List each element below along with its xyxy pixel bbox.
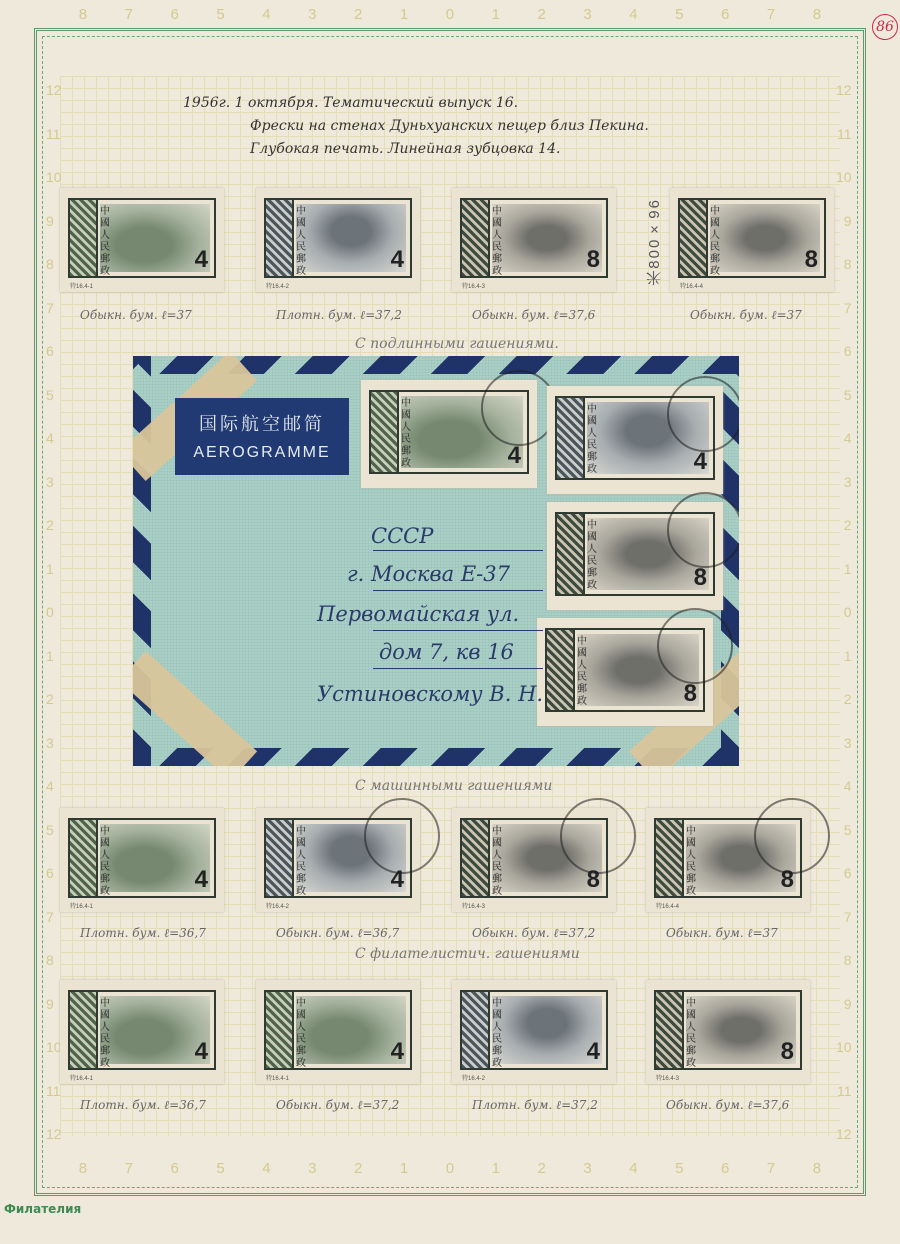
ornament-panel <box>462 820 490 896</box>
stamp-serial: 特16.4-2 <box>462 1073 485 1082</box>
stamp-country-label: 中國人民郵政 <box>100 206 112 278</box>
address-street: Первомайская ул. <box>317 602 519 626</box>
section-title-machine-cancels: С машинными гашениями <box>355 778 552 794</box>
scale-tick-label: 8 <box>813 1160 821 1177</box>
stamp: 中國人民郵政8 <box>547 502 723 610</box>
scale-tick-label: 7 <box>836 300 852 316</box>
address-recipient: Устиновскому В. Н. <box>317 682 543 706</box>
stamp: 中國人民郵政4 <box>361 380 537 488</box>
scale-tick-label: 1 <box>400 1160 408 1177</box>
stamp-country-label: 中國人民郵政 <box>710 206 722 278</box>
scale-tick-label: 8 <box>79 6 87 23</box>
scale-tick-label: 2 <box>46 691 62 707</box>
scale-tick-label: 4 <box>46 430 62 446</box>
fresco-image <box>492 204 602 272</box>
header-subject-line: Фрески на стенах Дуньхуанских пещер близ… <box>183 115 649 138</box>
scale-tick-label: 10 <box>836 1039 852 1055</box>
scale-bottom: 87654321012345678 <box>60 1160 840 1177</box>
sheet-margin-inscription: 米800×96 <box>644 198 664 286</box>
ornament-panel <box>656 820 684 896</box>
stamp-frame: 中國人民郵政4 <box>264 198 412 278</box>
stamp-note: Плотн. бум. ℓ=37,2 <box>276 308 402 323</box>
stamp-value: 8 <box>805 246 818 274</box>
fresco-image <box>296 204 406 272</box>
scale-tick-label: 1 <box>492 1160 500 1177</box>
scale-tick-label: 11 <box>836 126 852 142</box>
page-number: 86 <box>872 14 898 40</box>
scale-tick-label: 7 <box>767 1160 775 1177</box>
scale-tick-label: 8 <box>813 6 821 23</box>
postmark <box>364 798 440 874</box>
scale-tick-label: 4 <box>629 1160 637 1177</box>
page-header: 1956г. 1 октября. Тематический выпуск 16… <box>183 92 649 161</box>
ornament-panel <box>462 992 490 1068</box>
ornament-panel <box>70 992 98 1068</box>
scale-tick-label: 8 <box>46 952 62 968</box>
stamp-value: 4 <box>694 448 707 476</box>
scale-tick-label: 4 <box>262 1160 270 1177</box>
stamp-serial: 特16.4-1 <box>70 1073 93 1082</box>
stamp: 中國人民郵政4特16.4-2 <box>256 808 420 912</box>
scale-tick-label: 10 <box>46 169 62 185</box>
scale-tick-label: 4 <box>629 6 637 23</box>
postmark <box>667 492 739 568</box>
aerogramme-label: 国际航空邮简 AEROGRAMME <box>175 398 349 475</box>
stamp-serial: 特16.4-1 <box>70 901 93 910</box>
scale-tick-label: 8 <box>836 952 852 968</box>
scale-tick-label: 4 <box>836 430 852 446</box>
scale-tick-label: 4 <box>46 778 62 794</box>
scale-tick-label: 6 <box>721 6 729 23</box>
stamp-frame: 中國人民郵政8 <box>460 198 608 278</box>
ornament-panel <box>266 992 294 1068</box>
scale-tick-label: 5 <box>836 387 852 403</box>
stamp-country-label: 中國人民郵政 <box>100 826 112 898</box>
scale-tick-label: 0 <box>446 6 454 23</box>
scale-tick-label: 1 <box>46 561 62 577</box>
stamp-note: Обыкн. бум. ℓ=37,2 <box>472 926 595 941</box>
stamp-country-label: 中國人民郵政 <box>686 998 698 1070</box>
stamp-serial: 特16.4-3 <box>462 901 485 910</box>
stamp-value: 8 <box>684 680 697 708</box>
stamp: 中國人民郵政4特16.4-2 <box>256 188 420 292</box>
scale-tick-label: 3 <box>46 735 62 751</box>
ornament-panel <box>266 200 294 276</box>
stamp-value: 4 <box>508 442 521 470</box>
fresco-image <box>492 996 602 1064</box>
stamp: 中國人民郵政4特16.4-2 <box>452 980 616 1084</box>
stamp: 中國人民郵政8特16.4-3 <box>452 188 616 292</box>
stamp: 中國人民郵政8特16.4-4米800×96 <box>670 188 834 292</box>
ornament-panel <box>266 820 294 896</box>
scale-tick-label: 1 <box>400 6 408 23</box>
stamp-serial: 特16.4-2 <box>266 281 289 290</box>
stamp-note: Обыкн. бум. ℓ=37 <box>80 308 192 323</box>
ornament-panel <box>371 392 399 472</box>
section-title-philatelic-cancels: С филателистич. гашениями <box>355 946 580 962</box>
stamp-serial: 特16.4-3 <box>656 1073 679 1082</box>
stamp-value: 4 <box>587 1038 600 1066</box>
scale-tick-label: 2 <box>538 6 546 23</box>
stamp: 中國人民郵政8特16.4-4 <box>646 808 810 912</box>
ornament-panel <box>557 398 585 478</box>
scale-tick-label: 2 <box>836 517 852 533</box>
stamp: 中國人民郵政8特16.4-3 <box>452 808 616 912</box>
stamp-note: Плотн. бум. ℓ=37,2 <box>472 1098 598 1113</box>
scale-tick-label: 5 <box>216 6 224 23</box>
address-line <box>373 590 543 591</box>
stamp: 中國人民郵政8特16.4-3 <box>646 980 810 1084</box>
scale-tick-label: 3 <box>308 6 316 23</box>
ornament-panel <box>70 200 98 276</box>
stamp: 中國人民郵政4 <box>547 386 723 494</box>
scale-tick-label: 5 <box>675 1160 683 1177</box>
postmark <box>657 608 733 684</box>
scale-tick-label: 5 <box>216 1160 224 1177</box>
fresco-image <box>100 996 210 1064</box>
stamp-value: 4 <box>195 1038 208 1066</box>
stamp-serial: 特16.4-4 <box>656 901 679 910</box>
scale-tick-label: 6 <box>721 1160 729 1177</box>
scale-tick-label: 12 <box>46 1126 62 1142</box>
scale-tick-label: 1 <box>836 561 852 577</box>
stamp-country-label: 中國人民郵政 <box>577 636 589 708</box>
scale-tick-label: 0 <box>46 604 62 620</box>
stamp-value: 4 <box>195 246 208 274</box>
aerogramme-label-chinese: 国际航空邮简 <box>175 410 349 436</box>
scale-tick-label: 8 <box>836 256 852 272</box>
scale-tick-label: 7 <box>767 6 775 23</box>
stamp: 中國人民郵政4特16.4-1 <box>60 980 224 1084</box>
address-line <box>373 630 543 631</box>
scale-tick-label: 2 <box>538 1160 546 1177</box>
fresco-image <box>710 204 820 272</box>
fresco-image <box>100 824 210 892</box>
scale-tick-label: 5 <box>675 6 683 23</box>
section-title-genuine-cancels: С подлинными гашениями. <box>355 336 559 352</box>
stamp-country-label: 中國人民郵政 <box>296 826 308 898</box>
postmark <box>560 798 636 874</box>
address-city: г. Москва Е-37 <box>347 562 510 586</box>
stamp-country-label: 中國人民郵政 <box>492 826 504 898</box>
scale-tick-label: 1 <box>492 6 500 23</box>
scale-tick-label: 12 <box>836 82 852 98</box>
ornament-panel <box>656 992 684 1068</box>
scale-tick-label: 3 <box>836 474 852 490</box>
scale-tick-label: 10 <box>836 169 852 185</box>
scale-tick-label: 3 <box>46 474 62 490</box>
stamp-value: 8 <box>694 564 707 592</box>
scale-tick-label: 9 <box>836 213 852 229</box>
stamp-serial: 特16.4-2 <box>266 901 289 910</box>
fresco-image <box>100 204 210 272</box>
scale-tick-label: 11 <box>46 126 62 142</box>
stamp-note: Обыкн. бум. ℓ=37 <box>690 308 802 323</box>
postmark <box>481 370 557 446</box>
scale-tick-label: 11 <box>836 1083 852 1099</box>
stamp-note: Плотн. бум. ℓ=36,7 <box>80 1098 206 1113</box>
address-line <box>373 550 543 551</box>
scale-tick-label: 6 <box>836 865 852 881</box>
header-printing-line: Глубокая печать. Линейная зубцовка 14. <box>183 138 649 161</box>
scale-tick-label: 12 <box>836 1126 852 1142</box>
scale-tick-label: 4 <box>836 778 852 794</box>
stamp-country-label: 中國人民郵政 <box>492 206 504 278</box>
stamp-country-label: 中國人民郵政 <box>587 520 599 592</box>
stamp-country-label: 中國人民郵政 <box>587 404 599 476</box>
stamp: 中國人民郵政8 <box>537 618 713 726</box>
stamp-note: Обыкн. бум. ℓ=37 <box>666 926 778 941</box>
scale-tick-label: 7 <box>46 300 62 316</box>
scale-tick-label: 6 <box>46 343 62 359</box>
stamp-country-label: 中國人民郵政 <box>296 998 308 1070</box>
scale-tick-label: 8 <box>79 1160 87 1177</box>
stamp-serial: 特16.4-3 <box>462 281 485 290</box>
scale-tick-label: 1 <box>46 648 62 664</box>
scale-tick-label: 0 <box>836 604 852 620</box>
stamp-note: Плотн. бум. ℓ=36,7 <box>80 926 206 941</box>
stamp-country-label: 中國人民郵政 <box>401 398 413 470</box>
ornament-panel <box>462 200 490 276</box>
stamp-frame: 中國人民郵政4 <box>460 990 608 1070</box>
scale-tick-label: 6 <box>171 6 179 23</box>
fresco-image <box>296 996 406 1064</box>
stamp-country-label: 中國人民郵政 <box>492 998 504 1070</box>
scale-tick-label: 3 <box>583 6 591 23</box>
scale-right: 1211109876543210123456789101112 <box>836 82 852 1142</box>
scale-tick-label: 6 <box>836 343 852 359</box>
stamp-note: Обыкн. бум. ℓ=37,6 <box>472 308 595 323</box>
stamp-value: 8 <box>781 1038 794 1066</box>
scale-tick-label: 6 <box>171 1160 179 1177</box>
stamp: 中國人民郵政4特16.4-1 <box>256 980 420 1084</box>
stamp-note: Обыкн. бум. ℓ=37,2 <box>276 1098 399 1113</box>
scale-tick-label: 3 <box>308 1160 316 1177</box>
stamp-country-label: 中國人民郵政 <box>686 826 698 898</box>
scale-tick-label: 7 <box>125 1160 133 1177</box>
scale-top: 87654321012345678 <box>60 6 840 23</box>
address-house: дом 7, кв 16 <box>379 640 514 664</box>
scale-tick-label: 2 <box>46 517 62 533</box>
scale-tick-label: 7 <box>125 6 133 23</box>
scale-tick-label: 4 <box>262 6 270 23</box>
scale-tick-label: 5 <box>46 387 62 403</box>
aerogramme-label-english: AEROGRAMME <box>175 444 349 462</box>
stamp-country-label: 中國人民郵政 <box>100 998 112 1070</box>
address-country: СССР <box>371 524 433 548</box>
stamp-serial: 特16.4-4 <box>680 281 703 290</box>
scale-tick-label: 7 <box>836 909 852 925</box>
ornament-panel <box>680 200 708 276</box>
stamp-frame: 中國人民郵政4 <box>68 990 216 1070</box>
stamp-note: Обыкн. бум. ℓ=37,6 <box>666 1098 789 1113</box>
footer-brand: Филателия <box>4 1202 81 1216</box>
stamp-frame: 中國人民郵政4 <box>264 990 412 1070</box>
scale-tick-label: 9 <box>836 996 852 1012</box>
stamp-frame: 中國人民郵政8 <box>654 990 802 1070</box>
stamp: 中國人民郵政4特16.4-1 <box>60 188 224 292</box>
stamp: 中國人民郵政4特16.4-1 <box>60 808 224 912</box>
aerogramme-cover: 国际航空邮简 AEROGRAMME 中國人民郵政4中國人民郵政4中國人民郵政8中… <box>133 356 739 766</box>
header-date-line: 1956г. 1 октября. Тематический выпуск 16… <box>183 92 649 115</box>
scale-tick-label: 2 <box>836 691 852 707</box>
stamp-country-label: 中國人民郵政 <box>296 206 308 278</box>
stamp-frame: 中國人民郵政4 <box>68 198 216 278</box>
stamp-value: 4 <box>391 1038 404 1066</box>
scale-tick-label: 3 <box>583 1160 591 1177</box>
postmark <box>667 376 739 452</box>
stamp-value: 4 <box>195 866 208 894</box>
stamp-serial: 特16.4-1 <box>70 281 93 290</box>
scale-tick-label: 5 <box>836 822 852 838</box>
fresco-image <box>686 996 796 1064</box>
scale-tick-label: 11 <box>46 1083 62 1099</box>
scale-tick-label: 2 <box>354 6 362 23</box>
scale-tick-label: 2 <box>354 1160 362 1177</box>
postmark <box>754 798 830 874</box>
ornament-panel <box>547 630 575 710</box>
stamp-value: 4 <box>391 246 404 274</box>
stamp-note: Обыкн. бум. ℓ=36,7 <box>276 926 399 941</box>
ornament-panel <box>557 514 585 594</box>
ornament-panel <box>70 820 98 896</box>
scale-tick-label: 12 <box>46 82 62 98</box>
address-line <box>373 668 543 669</box>
scale-tick-label: 1 <box>836 648 852 664</box>
stamp-value: 8 <box>587 246 600 274</box>
stamp-frame: 中國人民郵政4 <box>68 818 216 898</box>
scale-tick-label: 3 <box>836 735 852 751</box>
scale-tick-label: 0 <box>446 1160 454 1177</box>
stamp-frame: 中國人民郵政8 <box>678 198 826 278</box>
stamp-serial: 特16.4-1 <box>266 1073 289 1082</box>
album-page: 87654321012345678 87654321012345678 1211… <box>0 0 900 1244</box>
